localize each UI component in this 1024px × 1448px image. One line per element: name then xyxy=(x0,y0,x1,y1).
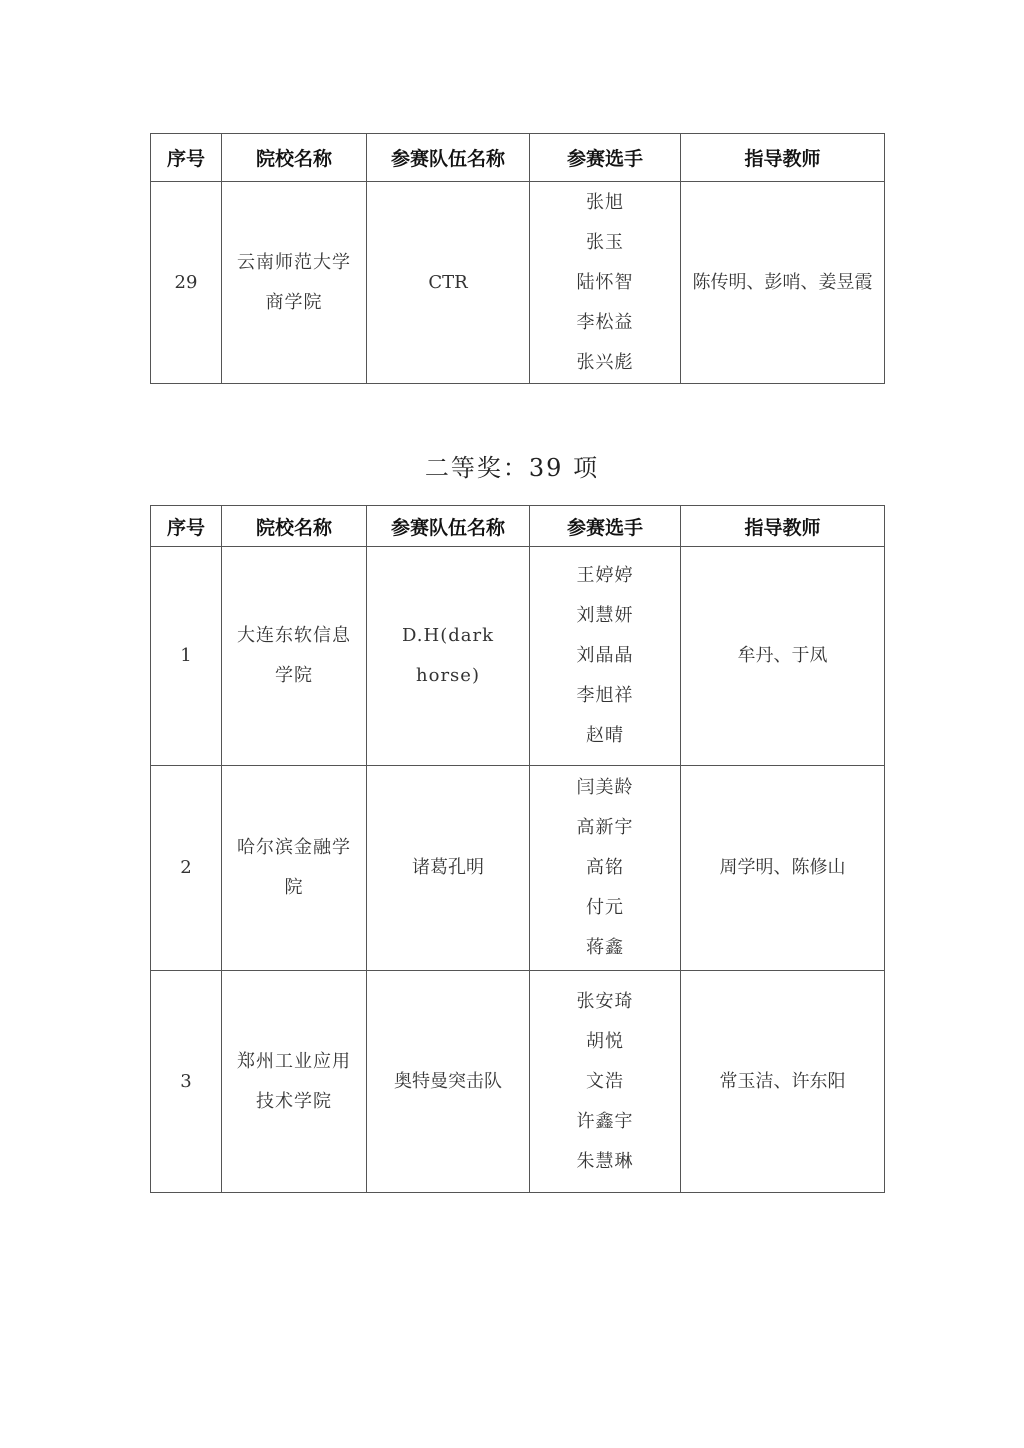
team-cell: D.H(dark horse) xyxy=(367,547,530,766)
player-name: 刘晶晶 xyxy=(536,636,674,676)
player-name: 胡悦 xyxy=(536,1022,674,1062)
table-row: 1 大连东软信息学院 D.H(dark horse) 王婷婷 刘慧妍 刘晶晶 李… xyxy=(151,547,885,766)
table-row: 3 郑州工业应用技术学院 奥特曼突击队 张安琦 胡悦 文浩 许鑫宇 朱慧琳 常玉… xyxy=(151,971,885,1193)
header-advisors: 指导教师 xyxy=(681,134,885,182)
player-name: 许鑫宇 xyxy=(536,1102,674,1142)
players-cell: 王婷婷 刘慧妍 刘晶晶 李旭祥 赵晴 xyxy=(530,547,681,766)
table-row: 29 云南师范大学商学院 CTR 张旭 张玉 陆怀智 李松益 张兴彪 陈传明、彭… xyxy=(151,182,885,384)
header-team: 参赛队伍名称 xyxy=(367,506,530,547)
player-name: 张玉 xyxy=(536,223,674,263)
header-seq: 序号 xyxy=(151,134,222,182)
school-cell: 哈尔滨金融学院 xyxy=(222,766,367,971)
team-cell: CTR xyxy=(367,182,530,384)
header-school: 院校名称 xyxy=(222,134,367,182)
header-players: 参赛选手 xyxy=(530,506,681,547)
advisors-cell: 常玉洁、许东阳 xyxy=(681,971,885,1193)
seq-cell: 1 xyxy=(151,547,222,766)
player-name: 陆怀智 xyxy=(536,263,674,303)
players-cell: 张安琦 胡悦 文浩 许鑫宇 朱慧琳 xyxy=(530,971,681,1193)
player-name: 朱慧琳 xyxy=(536,1142,674,1182)
player-name: 高新宇 xyxy=(536,808,674,848)
header-team: 参赛队伍名称 xyxy=(367,134,530,182)
player-name: 张安琦 xyxy=(536,982,674,1022)
seq-cell: 2 xyxy=(151,766,222,971)
player-name: 文浩 xyxy=(536,1062,674,1102)
seq-cell: 3 xyxy=(151,971,222,1193)
player-name: 张兴彪 xyxy=(536,343,674,383)
player-name: 赵晴 xyxy=(536,716,674,756)
player-name: 李旭祥 xyxy=(536,676,674,716)
advisors-cell: 周学明、陈修山 xyxy=(681,766,885,971)
players-cell: 闫美龄 高新宇 高铭 付元 蒋鑫 xyxy=(530,766,681,971)
table-row: 2 哈尔滨金融学院 诸葛孔明 闫美龄 高新宇 高铭 付元 蒋鑫 周学明、陈修山 xyxy=(151,766,885,971)
team-cell: 奥特曼突击队 xyxy=(367,971,530,1193)
seq-cell: 29 xyxy=(151,182,222,384)
player-name: 张旭 xyxy=(536,183,674,223)
school-cell: 郑州工业应用技术学院 xyxy=(222,971,367,1193)
header-school: 院校名称 xyxy=(222,506,367,547)
player-name: 李松益 xyxy=(536,303,674,343)
second-prize-table: 序号 院校名称 参赛队伍名称 参赛选手 指导教师 1 大连东软信息学院 D.H(… xyxy=(150,505,885,1193)
team-cell: 诸葛孔明 xyxy=(367,766,530,971)
first-prize-table-continued: 序号 院校名称 参赛队伍名称 参赛选手 指导教师 29 云南师范大学商学院 CT… xyxy=(150,133,885,384)
players-cell: 张旭 张玉 陆怀智 李松益 张兴彪 xyxy=(530,182,681,384)
player-name: 付元 xyxy=(536,888,674,928)
table-header-row: 序号 院校名称 参赛队伍名称 参赛选手 指导教师 xyxy=(151,506,885,547)
advisors-cell: 陈传明、彭哨、姜昱霞 xyxy=(681,182,885,384)
school-cell: 大连东软信息学院 xyxy=(222,547,367,766)
player-name: 刘慧妍 xyxy=(536,596,674,636)
player-name: 王婷婷 xyxy=(536,556,674,596)
player-name: 蒋鑫 xyxy=(536,928,674,968)
player-name: 高铭 xyxy=(536,848,674,888)
second-prize-heading: 二等奖：39 项 xyxy=(0,448,1024,483)
table-header-row: 序号 院校名称 参赛队伍名称 参赛选手 指导教师 xyxy=(151,134,885,182)
header-players: 参赛选手 xyxy=(530,134,681,182)
advisors-cell: 牟丹、于凤 xyxy=(681,547,885,766)
player-name: 闫美龄 xyxy=(536,768,674,808)
header-seq: 序号 xyxy=(151,506,222,547)
header-advisors: 指导教师 xyxy=(681,506,885,547)
school-cell: 云南师范大学商学院 xyxy=(222,182,367,384)
